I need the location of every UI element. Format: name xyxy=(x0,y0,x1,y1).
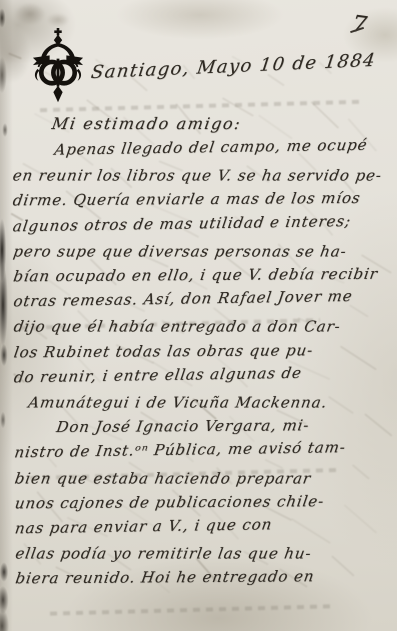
bleedthrough-stroke xyxy=(311,101,339,129)
letter-line: nas para enviar a V., i que con xyxy=(13,510,397,541)
bleedthrough-row xyxy=(50,604,330,615)
letter-page: 7 Santiago, Mayo 10 de 1884 Mi estimado … xyxy=(0,0,397,631)
letter-line: algunos otros de mas utilidad e interes; xyxy=(11,208,395,239)
letter-line: nistro de Inst.ᵒⁿ Pública, me avisó tam- xyxy=(13,435,397,466)
page-number: 7 xyxy=(350,11,368,39)
letter-line: ellas podía yo remitirle las que hu- xyxy=(13,542,397,567)
letter-line: dijo que él había entregado a don Car- xyxy=(12,315,396,340)
letter-body: Apenas llegado del campo, me ocupé en re… xyxy=(10,136,393,592)
letter-line: bien que estaba haciendo preparar xyxy=(13,466,397,491)
letter-line: biera reunido. Hoi he entregado en xyxy=(14,564,397,592)
letter-line: otras remesas. Así, don Rafael Jover me xyxy=(12,284,396,315)
letter-line: Apenas llegado del campo, me ocupé xyxy=(11,132,395,163)
dateline: Santiago, Mayo 10 de 1884 xyxy=(90,50,378,83)
bleedthrough-row xyxy=(40,100,360,112)
salutation: Mi estimado amigo: xyxy=(50,114,242,133)
letter-line: pero supe que diversas personas se ha- xyxy=(11,239,395,264)
letter-line: Amunátegui i de Vicuña Mackenna. xyxy=(12,390,396,415)
letter-line: do reunir, i entre ellas algunas de xyxy=(12,359,396,390)
bleedthrough-stroke xyxy=(267,74,284,87)
letter-line: en reunir los libros que V. se ha servid… xyxy=(11,164,395,189)
monogram-seal-icon xyxy=(30,28,86,106)
bleedthrough-stroke xyxy=(8,52,22,59)
